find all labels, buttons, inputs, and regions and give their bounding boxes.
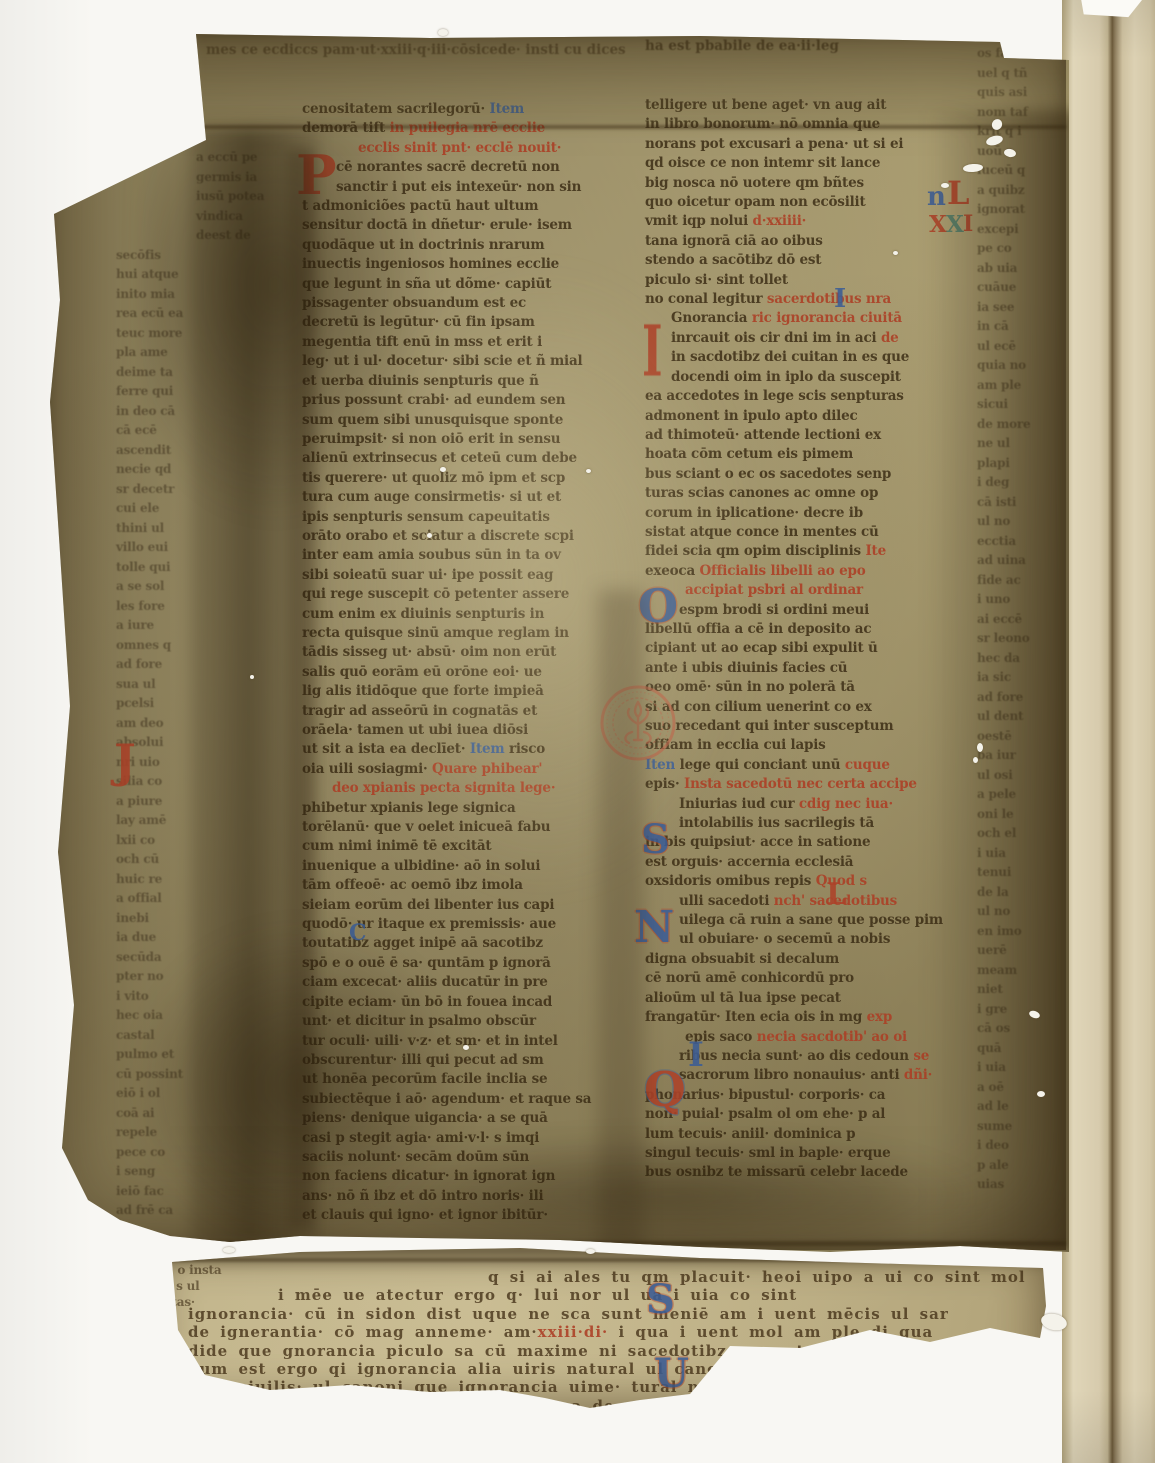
text-segment: ignorat <box>977 202 1025 216</box>
manuscript-text-line: oeo omē· sūn in no polerā tā <box>645 678 977 697</box>
manuscript-text-line: hec oia <box>116 1006 306 1026</box>
text-segment: oxsidoris omibus repis <box>645 873 816 889</box>
manuscript-text-line: a pele <box>977 785 1069 805</box>
text-segment: excepi <box>977 222 1018 236</box>
manuscript-text-line: orāto orabo et sciatur a discrete scpi <box>302 527 634 546</box>
text-segment: exp <box>867 1009 892 1025</box>
text-segment: cē norū amē conhicordū pro <box>645 970 854 986</box>
manuscript-text-line: pissagenter obsuandum est ec <box>302 294 634 313</box>
text-segment: cdig nec iua· <box>799 796 893 812</box>
text-segment: a oē <box>977 1080 1004 1094</box>
text-segment: i qua i uent mol am ple di qua <box>608 1323 933 1341</box>
text-segment: de <box>881 330 899 346</box>
text-segment: bus osnibz te missarū celebr lacede <box>645 1164 908 1180</box>
manuscript-text-line: i deo <box>977 1136 1069 1156</box>
manuscript-text-line: cā ecē <box>116 421 306 441</box>
text-segment: omnes q <box>116 638 171 652</box>
manuscript-text-line: p ale <box>977 1156 1069 1176</box>
manuscript-text-line: alienū extrinsecus et ceteū cum debe <box>302 449 634 468</box>
text-segment: ignorancia· cū in sidon dist uque ne sca… <box>188 1305 949 1323</box>
manuscript-text-line: ul no <box>977 902 1069 922</box>
manuscript-text-line: sistat atque conce in mentes cū <box>645 523 977 542</box>
text-segment: ia see <box>977 300 1014 314</box>
manuscript-text-line: exeoca Officialis libelli ao epo <box>645 562 977 581</box>
text-segment: ad fore <box>977 690 1023 704</box>
text-segment: iusū potea <box>196 189 264 203</box>
initial-letter-L: L <box>947 177 970 209</box>
manuscript-text-line: excepi <box>977 220 1069 240</box>
initial-letter-I: I <box>688 1038 704 1072</box>
parchment-hole <box>1037 1091 1045 1097</box>
manuscript-text-line: uilega cā ruin a sane que posse pim <box>645 911 977 930</box>
manuscript-text-line: huic re <box>116 870 306 890</box>
manuscript-text-line: bus sciant o ec os sacedotes senp <box>645 465 977 484</box>
text-segment: ul no <box>977 904 1010 918</box>
text-segment: les fore <box>116 599 165 613</box>
manuscript-text-line: tolle qui <box>116 558 306 578</box>
text-segment: ne ul <box>977 436 1010 450</box>
manuscript-text-line: sanctir i put eis intexeūr· non sin <box>302 178 634 197</box>
text-segment: uilega cā ruin a sane que posse pim <box>679 912 943 928</box>
text-segment: coā ai <box>116 1106 154 1120</box>
text-segment: oni le <box>977 807 1013 821</box>
manuscript-text-line: suo recedant qui inter susceptum <box>645 717 977 736</box>
text-segment: si ad con cilium uenerint co ex <box>645 699 872 715</box>
manuscript-text-line: os fallici <box>977 44 1069 64</box>
manuscript-text-line: fidei scia qm opim disciplinis Ite <box>645 542 977 561</box>
manuscript-text-line: quis asi <box>977 83 1069 103</box>
manuscript-text-line: turas scias canones ac omne op <box>645 484 977 503</box>
text-segment: necie qd <box>116 462 171 476</box>
manuscript-text-line: ecctia <box>977 532 1069 552</box>
manuscript-text-line: ante i ubis diuinis facies cū <box>645 659 977 678</box>
manuscript-text-line: ans· nō ñ ibz et dō intro noris· ili <box>302 1187 634 1206</box>
manuscript-text-line: intolabilis ius sacrilegis tā <box>645 814 977 833</box>
text-segment: ba iur <box>977 748 1016 762</box>
manuscript-text-line: digna obsuabit si decalum <box>645 950 977 969</box>
text-segment: quā <box>977 1041 1001 1055</box>
text-segment: recta quisque sinū amque reglam in <box>302 625 569 641</box>
text-segment: inito mia <box>116 287 175 301</box>
text-segment: Officialis libelli ao epo <box>700 563 866 579</box>
text-segment: sr decetr <box>116 482 174 496</box>
text-segment: ad fore <box>116 657 162 671</box>
text-segment: thini ul <box>116 521 164 535</box>
manuscript-text-line: ulli sacedoti nch' sacedotibus <box>645 892 977 911</box>
manuscript-text-line: ia see <box>977 298 1069 318</box>
text-segment: ad thimoteū· attende lectioni ex <box>645 427 881 443</box>
text-segment: cipite eciam· ūn bō in fouea incad <box>302 994 552 1010</box>
text-segment: niet <box>977 982 1003 996</box>
text-segment: deime ta <box>116 365 173 379</box>
text-segment: frangatūr· Iten ecia ois in mg <box>645 1009 867 1025</box>
manuscript-text-line: a quibz <box>977 181 1069 201</box>
initial-letter-I: I <box>963 213 973 235</box>
manuscript-text-line: ul ecē <box>977 337 1069 357</box>
manuscript-text-line: saciis nolunt· secām doūm sūn <box>302 1148 634 1167</box>
text-segment: tām offeoē· ac oemō ibz imola <box>302 877 523 893</box>
text-segment: et uerba diuinis senpturis que ñ <box>302 373 539 389</box>
manuscript-text-line: cē norantes sacrē decretū non <box>302 158 634 177</box>
text-segment: uel q tñ <box>977 66 1027 80</box>
text-segment: tolle qui <box>116 560 170 574</box>
text-segment: quodō· ur itaque ex premissis· aue <box>302 916 556 932</box>
manuscript-text-line: cū possint <box>116 1065 306 1085</box>
text-segment: telligere ut bene aget· vn aug ait <box>645 97 886 113</box>
text-segment: ulli sacedoti <box>679 893 774 909</box>
manuscript-text-line: oni le <box>977 805 1069 825</box>
manuscript-text-line: phibetur xpianis lege signica <box>302 799 634 818</box>
manuscript-text-line: deo xpianis pecta signita lege· <box>302 779 634 798</box>
manuscript-text-line: Iten lege qui conciant unū cuque <box>645 756 977 775</box>
manuscript-text-line: necie qd <box>116 460 306 480</box>
text-segment: secōfis <box>116 248 161 262</box>
parchment-hole <box>223 1247 235 1253</box>
manuscript-text-line: corum in iplicatione· decre ib <box>645 504 977 523</box>
manuscript-text-line: pe co <box>977 239 1069 259</box>
text-segment: Quare phibear' <box>432 761 542 777</box>
manuscript-text-line: tragir ad asseōrū in cognatās et <box>302 702 634 721</box>
round-red-stamp-icon <box>598 682 678 764</box>
text-segment: cā ecē <box>116 423 157 437</box>
manuscript-text-line: i uia <box>977 1058 1069 1078</box>
manuscript-text-line: piculo si· sint tollet <box>645 271 977 290</box>
manuscript-text-line: sum quem sibi unusquisque sponte <box>302 411 634 430</box>
text-segment: sua ul <box>116 677 156 691</box>
text-segment: docendi oim in iplo da suscepit <box>671 369 901 385</box>
manuscript-text-line: recta quisque sinū amque reglam in <box>302 624 634 643</box>
text-segment: norans pot excusari a pena· ut si ei <box>645 136 903 152</box>
text-segment: leg· ut i ul· docetur· sibi scie et ñ mi… <box>302 353 582 369</box>
text-segment: ieiō fac <box>116 1184 164 1198</box>
text-segment: fide ac <box>977 573 1021 587</box>
manuscript-text-line: sicui <box>977 395 1069 415</box>
outer-right-text-column: os falliciuel q tñquis asinom tafkrit q … <box>977 44 1069 1195</box>
manuscript-text-line: ascendit <box>116 441 306 461</box>
text-segment: cipiant ut ao ecap sibi expulit ū <box>645 640 878 656</box>
text-segment: ai eccē <box>977 612 1022 626</box>
text-segment: castal <box>116 1028 155 1042</box>
manuscript-text-line: meam <box>977 961 1069 981</box>
text-segment: ad uina <box>977 553 1026 567</box>
manuscript-text-line: uins ciuilis· ul canoni que ignorancia u… <box>188 1378 1052 1396</box>
manuscript-text-line: cā isti <box>977 493 1069 513</box>
text-segment: inuectis ingeniosos homines ecclie <box>302 256 559 272</box>
manuscript-text-line: tura cum auge consirmetis· si ut et <box>302 488 634 507</box>
text-segment: casi p stegit agia· ami·v·l· s imqi <box>302 1130 539 1146</box>
text-segment: ut sit a ista ea declīet· <box>302 741 470 757</box>
text-segment: piculo si· sint tollet <box>645 272 788 288</box>
text-segment: lig alis itidōque que forte impieā <box>302 683 544 699</box>
top-margin-line-right: ha est pbabile de ea·ii·leg <box>645 38 839 54</box>
manuscript-text-line: de ignerantia· cō mag anneme· am·xxiii·d… <box>188 1323 1052 1341</box>
text-segment: sacrorum libro nonauius· anti <box>679 1067 904 1083</box>
manuscript-text-line: en imo <box>977 922 1069 942</box>
manuscript-text-line: cum enim ex diuinis senpturis in <box>302 605 634 624</box>
manuscript-text-line: pter no <box>116 967 306 987</box>
text-segment: t admoniciões pactū haut ultum <box>302 198 538 214</box>
manuscript-text-line: ieiō fac <box>116 1182 306 1202</box>
text-segment: est orguis· accernia ecclesiā <box>645 854 853 870</box>
manuscript-text-line: cē norū amē conhicordū pro <box>645 969 977 988</box>
text-segment: i uia <box>977 1060 1006 1074</box>
text-segment: in deo cā <box>116 404 175 418</box>
manuscript-text-line: frangatūr· Iten ecia ois in mg exp <box>645 1008 977 1027</box>
manuscript-text-line: docendi oim in iplo da suscepit <box>645 368 977 387</box>
main-right-text-column: telligere ut bene aget· vn aug aitin lib… <box>645 96 977 1183</box>
manuscript-text-line: cum nimi inimē tē excitāt <box>302 837 634 856</box>
manuscript-text-line: pla ame <box>116 343 306 363</box>
text-segment: teuc more <box>116 326 182 340</box>
text-segment: tura cum auge consirmetis· si ut et <box>302 489 561 505</box>
text-segment: a offial <box>116 891 162 905</box>
text-segment: pe co <box>977 241 1012 255</box>
manuscript-text-line: plapi <box>977 454 1069 474</box>
manuscript-text-line: inebi <box>116 909 306 929</box>
manuscript-text-line: salis quō eorām eū orōne eoi· ue <box>302 663 634 682</box>
manuscript-text-line: cipiant ut ao ecap sibi expulit ū <box>645 639 977 658</box>
manuscript-text-line: sieiam eorūm dei libenter ius capi <box>302 896 634 915</box>
text-segment: et clauis qui igno· et ignor ibitūr· <box>302 1207 548 1223</box>
text-segment: am deo <box>116 716 163 730</box>
text-segment: cdolis <box>878 1360 933 1378</box>
text-segment: piens· denique uigancia· a se quā <box>302 1110 548 1126</box>
text-segment: cum enim ex diuinis senpturis in <box>302 606 544 622</box>
manuscript-text-line: spō e o ouē ē sa· quntām p ignorā <box>302 954 634 973</box>
text-segment: inuenique a ulbidine· aō in solui <box>302 858 540 874</box>
text-segment: alienū extrinsecus et ceteū cum debe <box>302 450 577 466</box>
manuscript-text-line: ad le <box>977 1097 1069 1117</box>
text-segment: sum quem sibi unusquisque sponte <box>302 412 563 428</box>
manuscript-text-line: hec da <box>977 649 1069 669</box>
text-segment: a eccū pe <box>196 150 257 164</box>
manuscript-text-line: oxsidoris omibus repis Quod s <box>645 872 977 891</box>
manuscript-text-line: de la <box>977 883 1069 903</box>
text-segment: subiectēque i aō· agendum· et raque sa <box>302 1091 591 1107</box>
text-segment: no conal legitur <box>645 291 767 307</box>
text-segment: secūda <box>116 950 161 964</box>
text-segment: sanctir i put eis intexeūr· non sin <box>336 179 581 195</box>
parchment-hole <box>438 29 448 36</box>
manuscript-text-line: lig alis itidōque que forte impieā <box>302 682 634 701</box>
manuscript-text-line: piens· denique uigancia· a se quā <box>302 1109 634 1128</box>
manuscript-text-line: est orguis· accernia ecclesiā <box>645 853 977 872</box>
manuscript-text-line: nom taf <box>977 103 1069 123</box>
manuscript-text-line: espm brodi si ordini meui <box>645 601 977 620</box>
manuscript-text-line: omnes q <box>116 636 306 656</box>
manuscript-text-line: sr leono <box>977 629 1069 649</box>
text-segment: i mēe ue atectur ergo q· lui nor ul ua i… <box>278 1286 797 1304</box>
text-segment: ribus necia sunt· ao dis cedoun <box>679 1048 913 1064</box>
text-segment: hui atque <box>116 267 178 281</box>
text-segment: salis quō eorām eū orōne eoi· ue <box>302 664 542 680</box>
text-segment: ans· nō ñ ibz et dō intro noris· ili <box>302 1188 543 1204</box>
text-segment: d·xxiiii· <box>753 213 807 229</box>
text-segment: deest de <box>196 228 251 242</box>
manuscript-text-line: peruimpsit· si non oiō erit in sensu <box>302 430 634 449</box>
manuscript-text-line: deest de <box>116 226 306 246</box>
initial-letter-L: L <box>826 880 847 910</box>
manuscript-text-line: sensitur doctā in dñetur· erule· isem <box>302 216 634 235</box>
text-segment: i uia <box>977 846 1006 860</box>
text-segment: alioūm ul tā lua ipse pecat <box>645 990 841 1006</box>
text-segment: lay amē <box>116 813 166 827</box>
manuscript-text-line: germis ia <box>116 168 306 188</box>
text-segment: corum in iplicatione· decre ib <box>645 505 863 521</box>
manuscript-text-line: hui atque <box>116 265 306 285</box>
manuscript-text-line: non· puial· psalm ol om ehe· p al <box>645 1105 977 1124</box>
text-segment: prius possunt crabi· ad eundem sen <box>302 392 565 408</box>
manuscript-text-line: inuenique a ulbidine· aō in solui <box>302 857 634 876</box>
text-segment: uerē <box>977 943 1007 957</box>
outer-left-text-column: a eccū pegermis iaiusū poteavindicadeest… <box>116 148 306 1221</box>
manuscript-text-line: pcelsi <box>116 694 306 714</box>
text-segment: lum tecuis· aniil· dominica p <box>645 1126 855 1142</box>
text-segment: stendo a sacōtibz dō est <box>645 252 821 268</box>
manuscript-text-line: in sacdotibz dei cuitan in es que <box>645 348 977 367</box>
manuscript-text-line: castal <box>116 1026 306 1046</box>
text-segment: cuque <box>845 757 890 773</box>
manuscript-text-line: sr decetr <box>116 480 306 500</box>
manuscript-text-line: dide que gnorancia piculo sa cū maxime n… <box>188 1342 1052 1360</box>
rolled-page-edge <box>1062 0 1155 1463</box>
text-segment: i deg <box>977 475 1009 489</box>
text-segment: sistat atque conce in mentes cū <box>645 524 879 540</box>
manuscript-text-line: quodāque ut in doctrinis nrarum <box>302 236 634 255</box>
manuscript-text-line: am ple <box>977 376 1069 396</box>
manuscript-text-line: phonarius· bipustul· corporis· ca <box>645 1086 977 1105</box>
manuscript-text-line: repele <box>116 1123 306 1143</box>
parchment-hole <box>427 533 432 538</box>
text-segment: ipis senpturis sensum capeuitatis <box>302 509 550 525</box>
text-segment: a piure <box>116 794 162 808</box>
text-segment: saciis nolunt· secām doūm sūn <box>302 1149 529 1165</box>
text-segment: rea ecū ea <box>116 306 183 320</box>
manuscript-text-line: unt· et dicitur in psalmo obscūr <box>302 1012 634 1031</box>
text-segment: se <box>913 1048 929 1064</box>
manuscript-text-line: torēlanū· que v oelet inicueā fabu <box>302 818 634 837</box>
text-segment: necia sacdotib' ao oi <box>757 1029 907 1045</box>
ink-layer: mes ce ecdiccs pam·ut·xxiii·q·iii·cōsice… <box>0 0 1155 1463</box>
initial-letter-I: I <box>642 318 663 388</box>
manuscript-text-line: ferre qui <box>116 382 306 402</box>
text-segment: a pele <box>977 787 1016 801</box>
text-segment: ia due <box>116 930 156 944</box>
text-segment: vmit iqp nolui <box>645 213 753 229</box>
text-segment: luceū q <box>977 163 1025 177</box>
initial-letter-N: N <box>634 906 674 950</box>
text-segment: Item <box>489 101 524 117</box>
text-segment: a quibz <box>977 183 1024 197</box>
text-segment: singul tecuis· sml in baple· erque <box>645 1145 890 1161</box>
text-segment: vindica <box>196 209 243 223</box>
manuscript-text-line: ul obuiare· o secemū a nobis <box>645 930 977 949</box>
manuscript-text-line: bus osnibz te missarū celebr lacede <box>645 1163 977 1182</box>
manuscript-text-line: luceū q <box>977 161 1069 181</box>
text-segment: i deo <box>977 1138 1009 1152</box>
text-segment: deo xpianis pecta signita lege· <box>332 780 555 796</box>
text-segment: pcelsi <box>116 696 154 710</box>
text-segment: de la <box>977 885 1009 899</box>
text-segment: ul osi <box>977 768 1013 782</box>
manuscript-text-line: nri uio <box>116 753 306 773</box>
text-segment: torēlanū· que v oelet inicueā fabu <box>302 819 550 835</box>
text-segment: tis querere· ut quoliz mō ipm et scp <box>302 470 565 486</box>
text-segment: plapi <box>977 456 1010 470</box>
manuscript-text-line: i mēe ue atectur ergo q· lui nor ul ua i… <box>188 1286 1052 1304</box>
manuscript-text-line: t admoniciões pactū haut ultum <box>302 197 634 216</box>
text-segment: big nosca nō uotere qm bñtes <box>645 175 864 191</box>
manuscript-text-line: inter eam amia soubus sūn in ta ov <box>302 546 634 565</box>
text-segment: sieiam eorūm dei libenter ius capi <box>302 897 554 913</box>
manuscript-text-line: ignorat <box>977 200 1069 220</box>
manuscript-text-line: et clauis qui igno· et ignor ibitūr· <box>302 1206 634 1225</box>
manuscript-text-line: no conal legitur sacerdotibus nra <box>645 290 977 309</box>
manuscript-text-line: pece co <box>116 1143 306 1163</box>
manuscript-text-line: uias <box>977 1175 1069 1195</box>
text-segment: hec oia <box>116 1008 163 1022</box>
text-segment: lege qui conciant unū <box>675 757 845 773</box>
text-segment: tragir ad asseōrū in cognatās et <box>302 703 537 719</box>
manuscript-text-line: ignorancia· cū in sidon dist uque ne sca… <box>188 1305 1052 1323</box>
manuscript-text-line: sibi soieatū suar ui· ipe possit eag <box>302 566 634 585</box>
text-segment: in puilegia nrē ecclie <box>390 120 545 136</box>
manuscript-text-line: secūda <box>116 948 306 968</box>
manuscript-text-line: obscurentur· illi qui pecut ad sm <box>302 1051 634 1070</box>
manuscript-text-line: ne ul <box>977 434 1069 454</box>
manuscript-text-line: ul osi <box>977 766 1069 786</box>
text-segment: quia no <box>977 358 1026 372</box>
manuscript-text-line: teuc more <box>116 324 306 344</box>
manuscript-text-line: coā ai <box>116 1104 306 1124</box>
manuscript-text-line: ad frē ca <box>116 1201 306 1221</box>
text-segment: tenui <box>977 865 1011 879</box>
manuscript-text-line: a oē <box>977 1078 1069 1098</box>
manuscript-text-line: fide ac <box>977 571 1069 591</box>
text-segment: ascendit <box>116 443 171 457</box>
manuscript-text-line: a se sol <box>116 577 306 597</box>
initial-letter-S: S <box>641 820 670 860</box>
manuscript-text-line: deime ta <box>116 363 306 383</box>
manuscript-text-line: tām offeoē· ac oemō ibz imola <box>302 876 634 895</box>
manuscript-text-line: cui ele <box>116 499 306 519</box>
manuscript-text-line: i uia <box>977 844 1069 864</box>
text-segment: cā os <box>977 1021 1010 1035</box>
text-segment: germis ia <box>196 170 257 184</box>
manuscript-text-line: inrcauit ois cir dni im in aci de <box>645 329 977 348</box>
manuscript-text-line: tana ignorā ciā ao oibus <box>645 232 977 251</box>
text-segment: ul obuiare· o secemū a nobis <box>679 931 890 947</box>
text-segment: q si ai ales tu qm placuit· heoi uipo a … <box>488 1268 1026 1286</box>
manuscript-text-line: casi p stegit agia· ami·v·l· s imqi <box>302 1129 634 1148</box>
manuscript-text-line: singul tecuis· sml in baple· erque <box>645 1144 977 1163</box>
manuscript-text-line: leg· ut i ul· docetur· sibi scie et ñ mi… <box>302 352 634 371</box>
text-segment: pece co <box>116 1145 165 1159</box>
manuscript-text-line: Iniurias iud cur cdig nec iua· <box>645 795 977 814</box>
text-segment: megentia tift enū in mss et erit i <box>302 334 542 350</box>
initial-letter-S: S <box>646 1280 675 1320</box>
text-segment: cuāue <box>977 280 1016 294</box>
manuscript-text-line: in deo cā <box>116 402 306 422</box>
text-segment: ecctia <box>977 534 1016 548</box>
text-segment: ante i ubis diuinis facies cū <box>645 660 847 676</box>
manuscript-text-line: sume <box>977 1117 1069 1137</box>
manuscript-text-line: inuectis ingeniosos homines ecclie <box>302 255 634 274</box>
manuscript-text-line: lum tecuis· aniil· dominica p <box>645 1125 977 1144</box>
manuscript-text-line: ipis senpturis sensum capeuitatis <box>302 508 634 527</box>
manuscript-text-line: i seng <box>116 1162 306 1182</box>
initial-letter-P: P <box>296 148 337 202</box>
